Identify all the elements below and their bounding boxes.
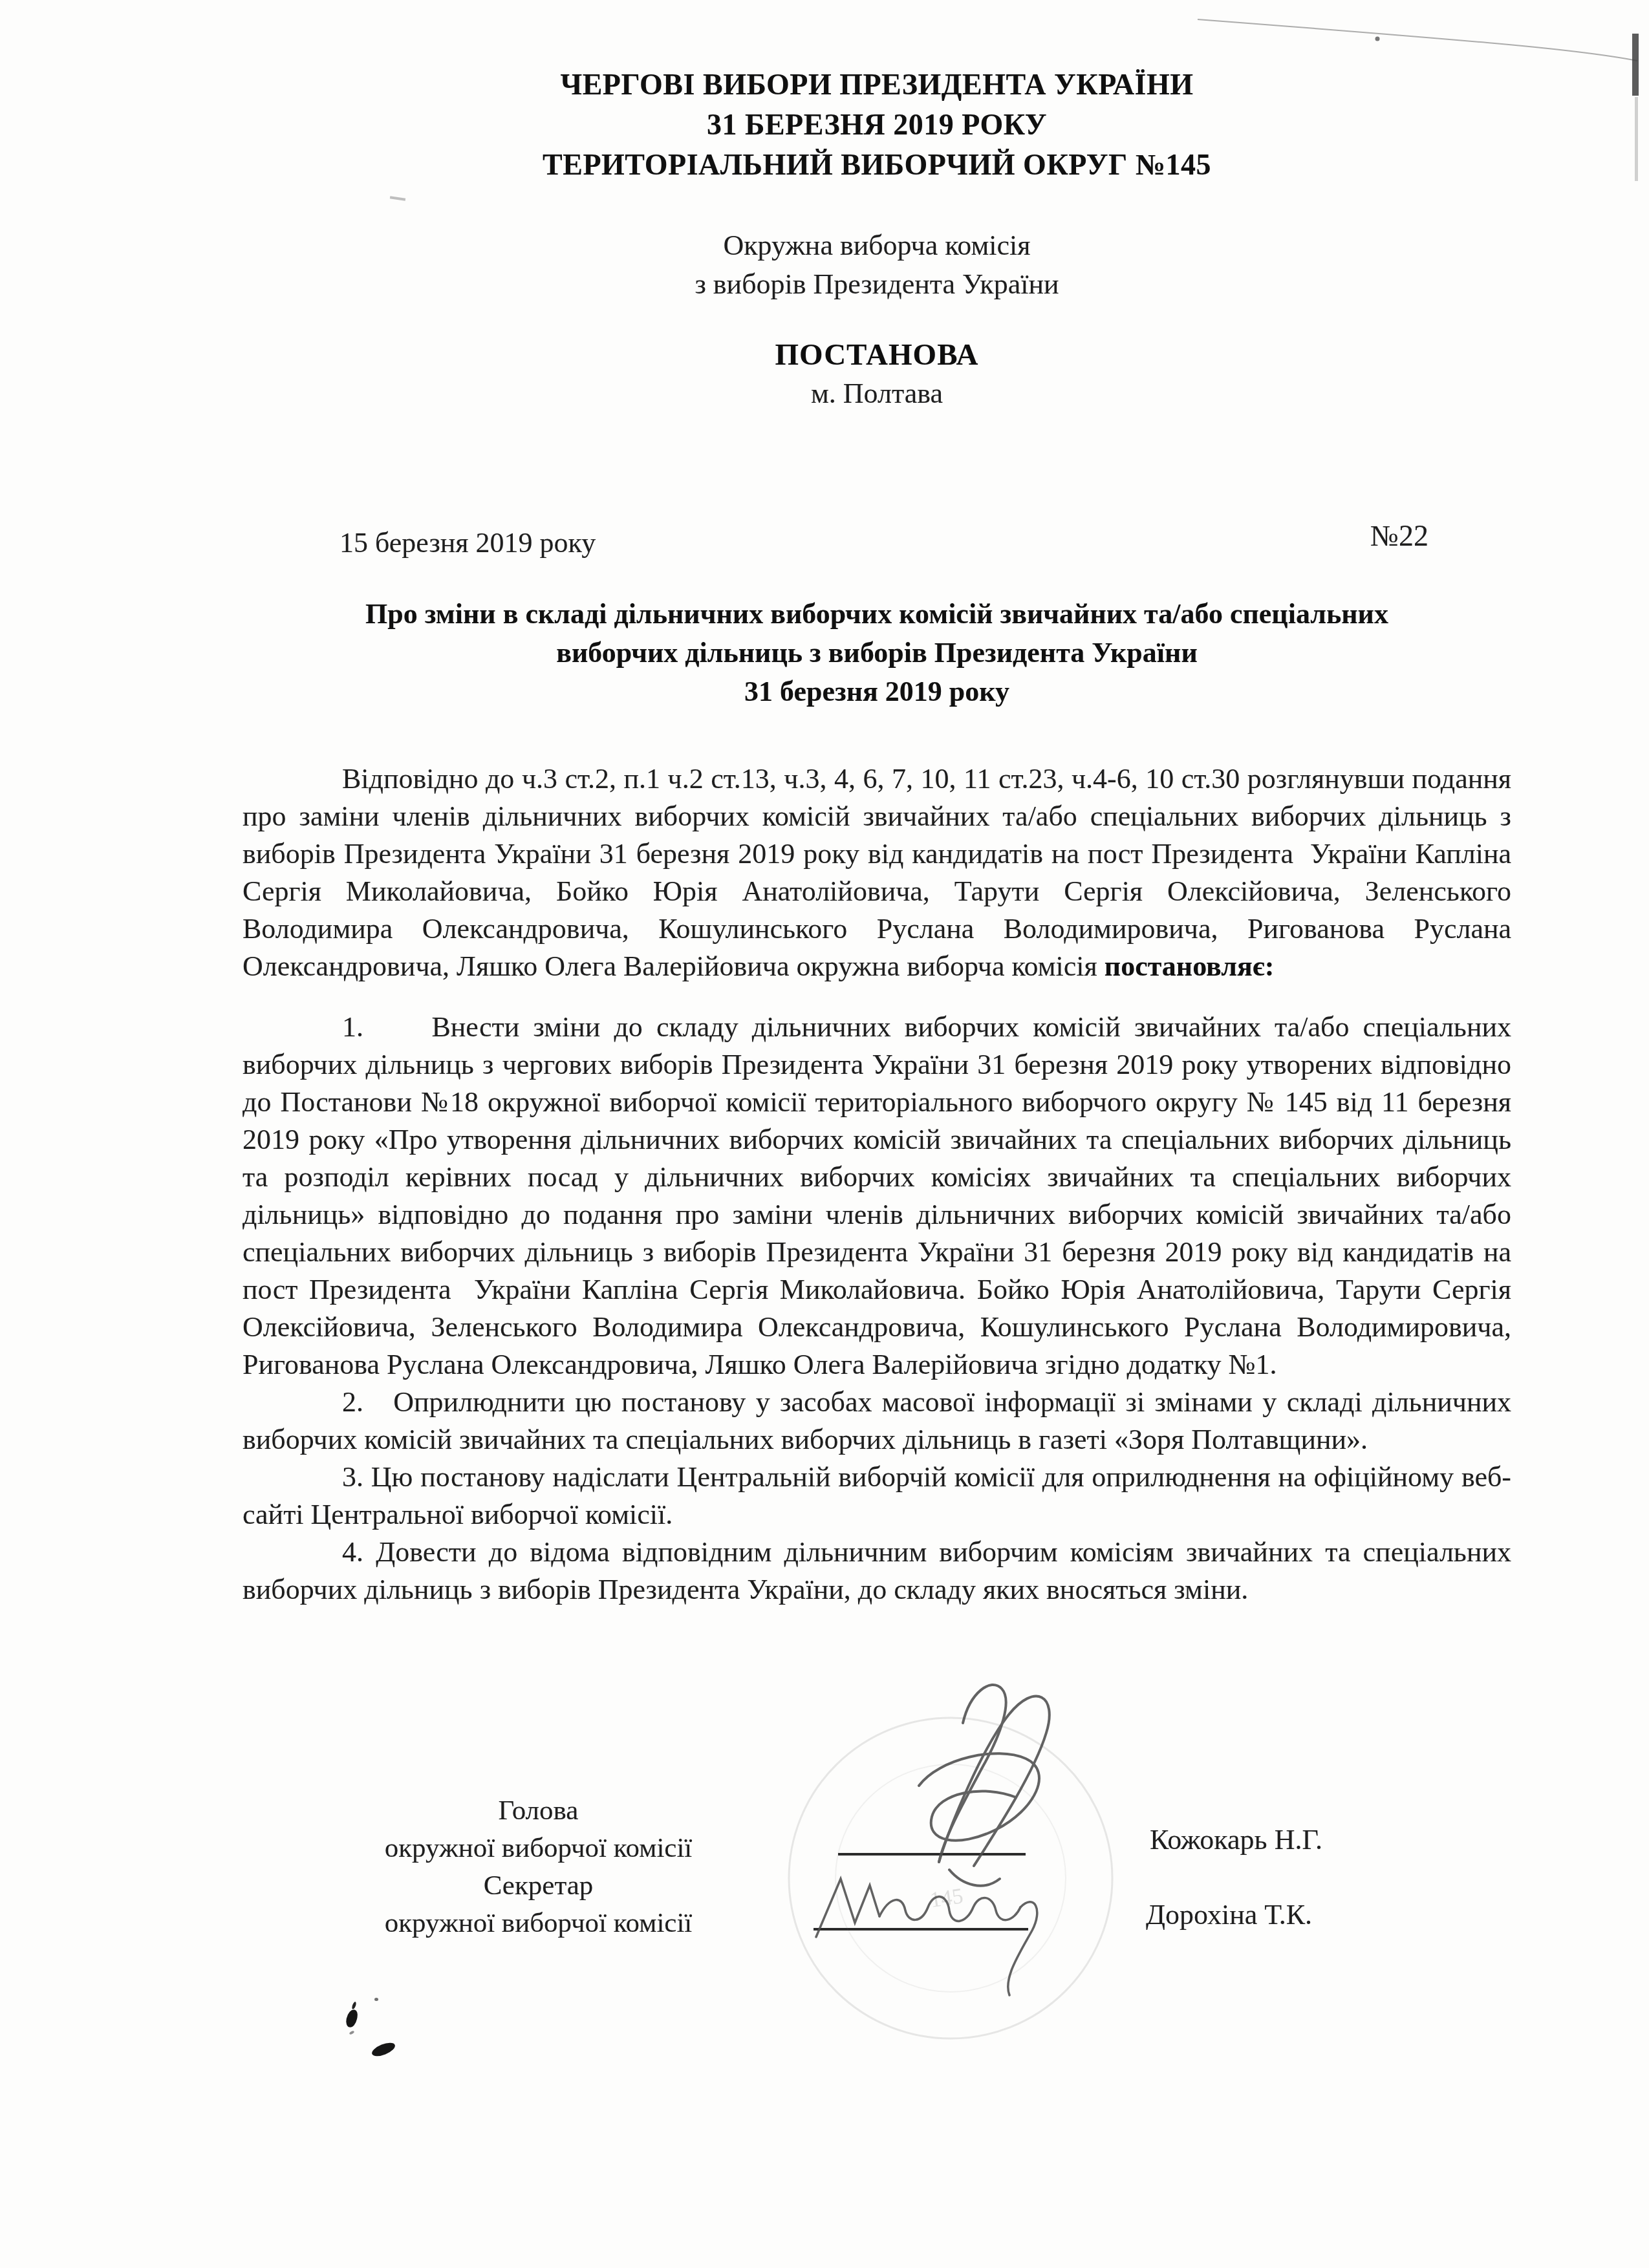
chairman-role-line-2: окружної виборчої комісії (352, 1830, 724, 1867)
secretary-role-line-2: окружної виборчої комісії (352, 1905, 724, 1942)
intro-paragraph: Відповідно до ч.3 ст.2, п.1 ч.2 ст.13, ч… (242, 760, 1511, 985)
resolution-item-2: 2. Оприлюднити цю постанову у засобах ма… (242, 1384, 1511, 1459)
document-number: №22 (1370, 519, 1428, 553)
document-place: м. Полтава (242, 375, 1511, 412)
secretary-signature (816, 1879, 1037, 1995)
chairman-role-line-1: Голова (352, 1792, 724, 1830)
date-number-row: 15 березня 2019 року №22 (242, 519, 1511, 564)
election-header: ЧЕРГОВІ ВИБОРИ ПРЕЗИДЕНТА УКРАЇНИ 31 БЕР… (242, 65, 1511, 185)
resolution-item-4: 4. Довести до відома відповідним дільнич… (242, 1534, 1511, 1609)
title-line-2: виборчих дільниць з виборів Президента У… (242, 634, 1511, 672)
title-line-3: 31 березня 2019 року (242, 672, 1511, 711)
document-type: ПОСТАНОВА (242, 335, 1511, 375)
document-page: ЧЕРГОВІ ВИБОРИ ПРЕЗИДЕНТА УКРАЇНИ 31 БЕР… (0, 0, 1649, 2268)
document-title: Про зміни в складі дільничних виборчих к… (242, 595, 1511, 711)
ink-blot-2 (370, 2040, 396, 2059)
intro-text: Відповідно до ч.3 ст.2, п.1 ч.2 ст.13, ч… (242, 763, 1511, 982)
title-line-1: Про зміни в складі дільничних виборчих к… (242, 595, 1511, 634)
ink-speck-1 (374, 1998, 378, 2001)
commission-line-1: Окружна виборча комісія (242, 226, 1511, 265)
document-type-block: ПОСТАНОВА м. Полтава (242, 335, 1511, 412)
secretary-role-line-1: Секретар (352, 1867, 724, 1905)
stamp-and-signatures: 145 (737, 1642, 1203, 2069)
header-line-3: ТЕРИТОРІАЛЬНИЙ ВИБОРЧИЙ ОКРУГ №145 (242, 145, 1511, 185)
header-line-1: ЧЕРГОВІ ВИБОРИ ПРЕЗИДЕНТА УКРАЇНИ (242, 65, 1511, 105)
ink-blot-1 (345, 2009, 358, 2029)
document-body: Відповідно до ч.3 ст.2, п.1 ч.2 ст.13, ч… (242, 760, 1511, 1609)
ink-speck-2 (349, 2030, 355, 2035)
ink-blot-1-tail (351, 2002, 357, 2010)
resolution-item-3: 3. Цю постанову надіслати Центральній ви… (242, 1459, 1511, 1534)
chairman-signature (919, 1685, 1050, 1886)
header-line-2: 31 БЕРЕЗНЯ 2019 РОКУ (242, 105, 1511, 145)
signature-roles: Голова окружної виборчої комісії Секрета… (352, 1792, 724, 1942)
intro-resolves-word: постановляє: (1105, 950, 1275, 982)
resolution-item-1: 1. Внести зміни до складу дільничних виб… (242, 1009, 1511, 1384)
official-stamp: 145 (789, 1718, 1112, 2038)
scan-artifact-dash (390, 196, 405, 200)
document-date: 15 березня 2019 року (339, 526, 596, 559)
scan-artifact-edge-bar (1632, 34, 1639, 96)
commission-line-2: з виборів Президента України (242, 265, 1511, 304)
commission-name: Окружна виборча комісія з виборів Презид… (242, 226, 1511, 304)
scan-artifact-edge-smudge (1635, 97, 1638, 181)
